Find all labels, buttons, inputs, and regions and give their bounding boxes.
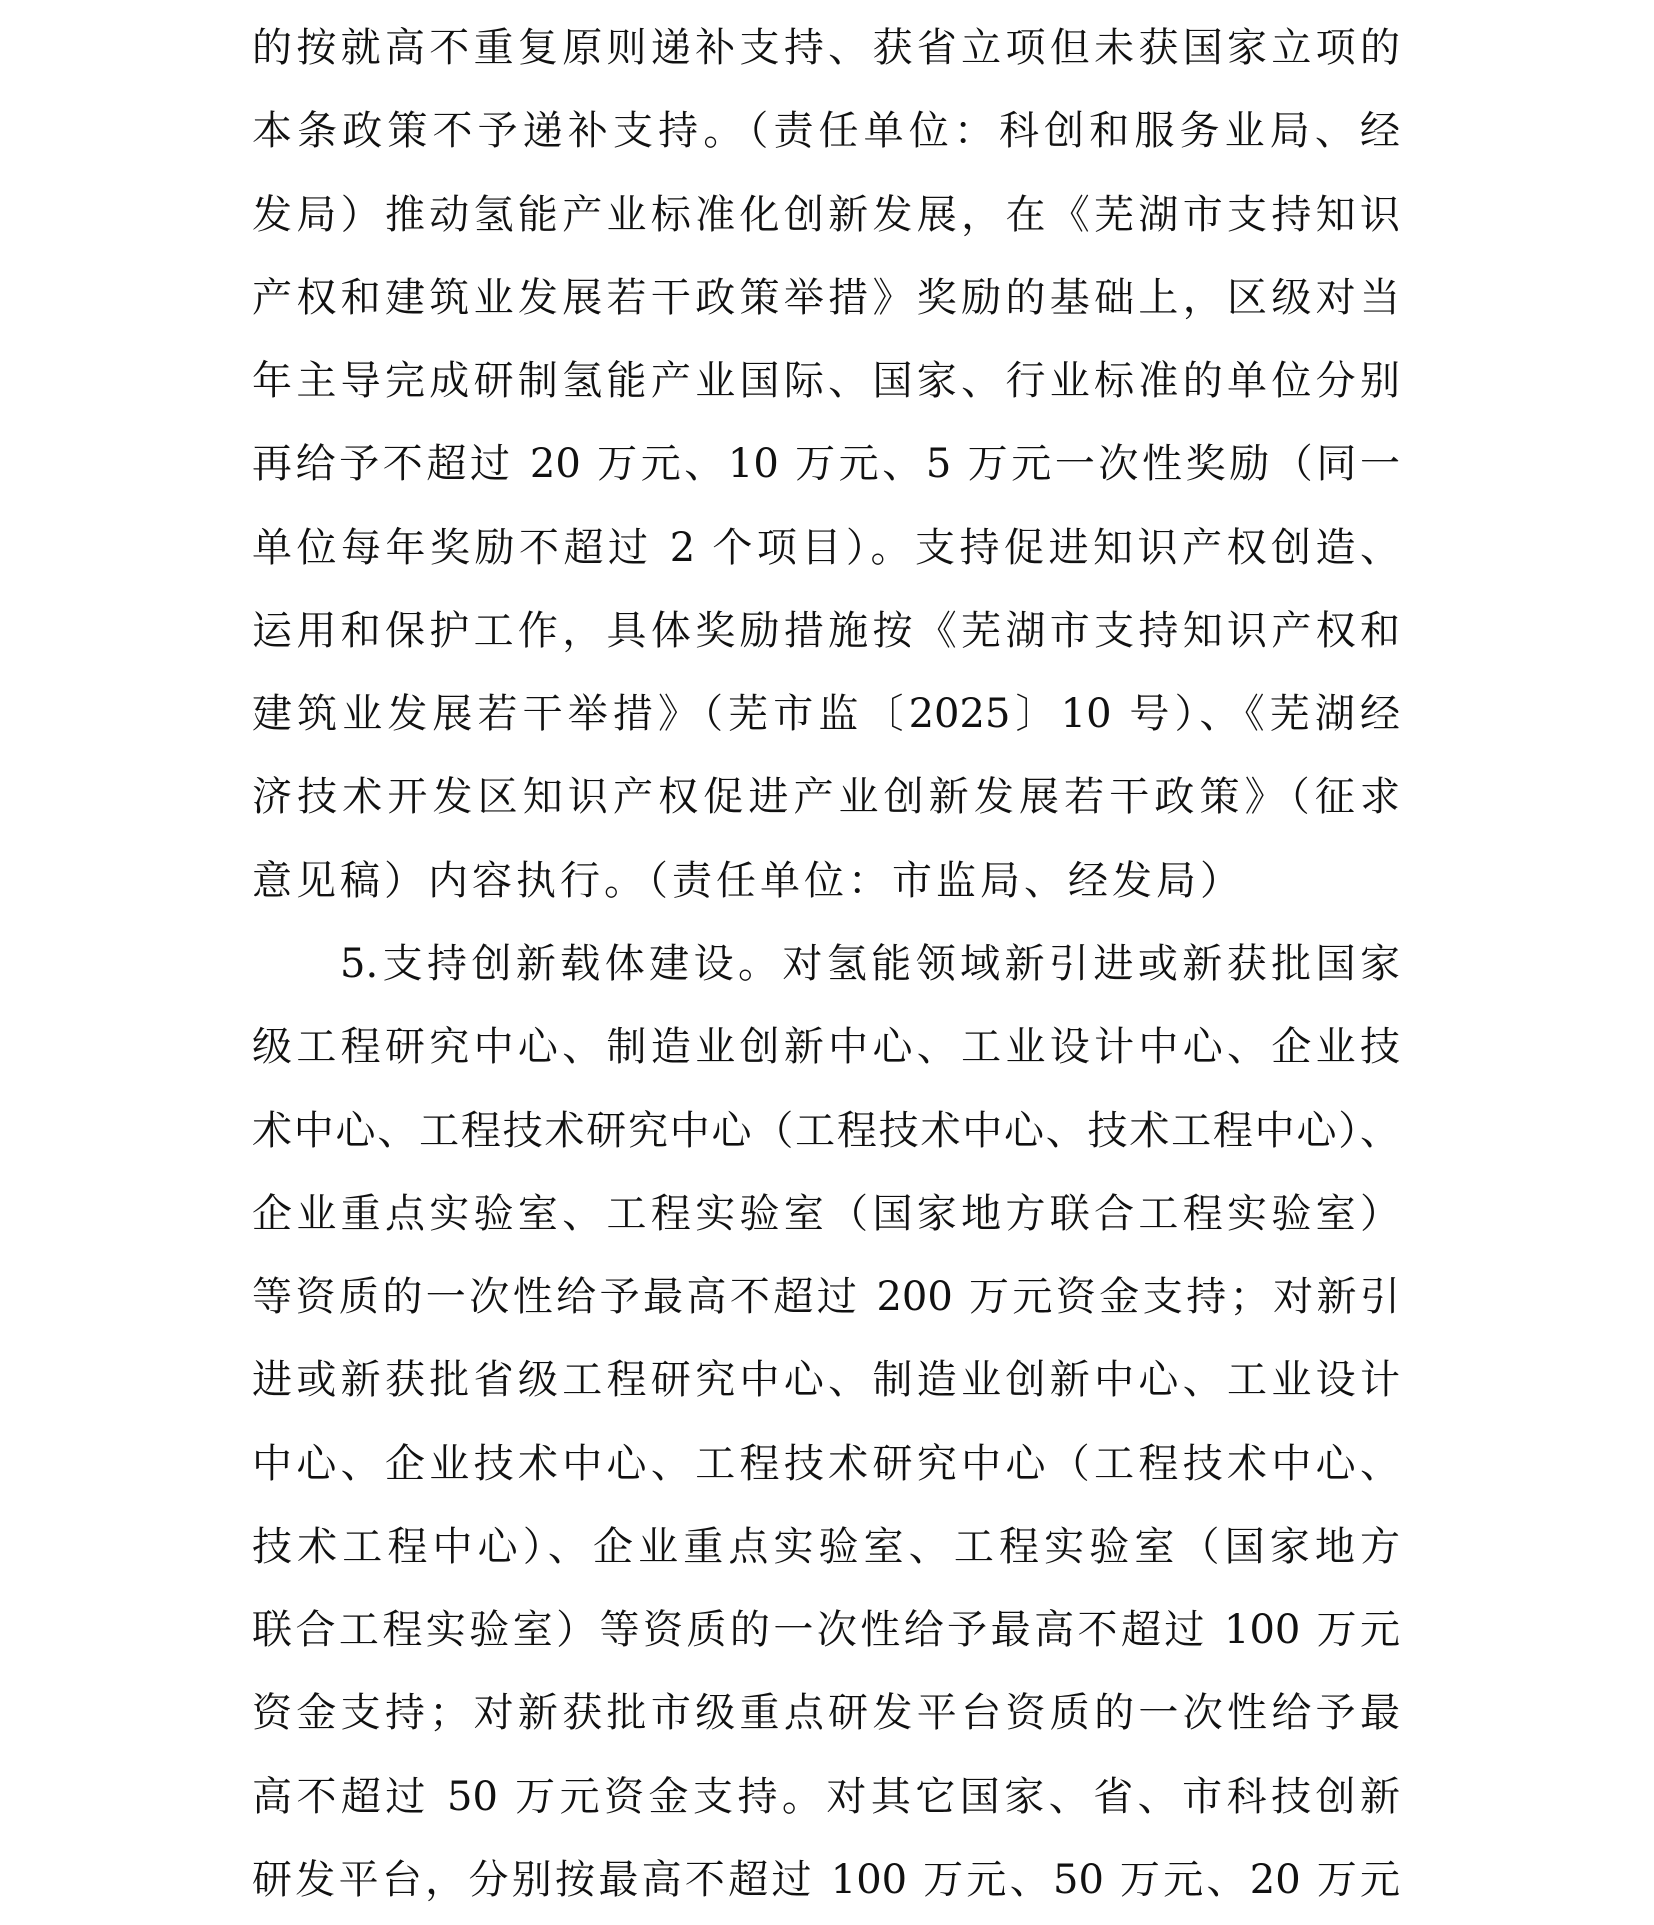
- text-line: 产权和建筑业发展若干政策举措》奖励的基础上，区级对当: [252, 268, 1400, 328]
- text-line: 联合工程实验室）等资质的一次性给予最高不超过 100 万元: [252, 1600, 1400, 1660]
- text-line: 发局）推动氢能产业标准化创新发展，在《芜湖市支持知识: [252, 185, 1400, 245]
- text-line: 技术工程中心）、企业重点实验室、工程实验室（国家地方: [252, 1517, 1400, 1577]
- document-page: 的按就高不重复原则递补支持、获省立项但未获国家立项的 本条政策不予递补支持。（责…: [0, 0, 1654, 1925]
- text-line: 运用和保护工作，具体奖励措施按《芜湖市支持知识产权和: [252, 601, 1400, 661]
- text-line: 中心、企业技术中心、工程技术研究中心（工程技术中心、: [252, 1434, 1400, 1494]
- text-line: 级工程研究中心、制造业创新中心、工业设计中心、企业技: [252, 1017, 1400, 1077]
- text-line: 单位每年奖励不超过 2 个项目）。支持促进知识产权创造、: [252, 518, 1400, 578]
- text-line: 的按就高不重复原则递补支持、获省立项但未获国家立项的: [252, 18, 1400, 78]
- text-line: 企业重点实验室、工程实验室（国家地方联合工程实验室）: [252, 1184, 1400, 1244]
- numbered-item-heading-line: 5.支持创新载体建设。对氢能领域新引进或新获批国家: [340, 934, 1400, 994]
- text-line: 进或新获批省级工程研究中心、制造业创新中心、工业设计: [252, 1350, 1400, 1410]
- text-line: 等资质的一次性给予最高不超过 200 万元资金支持；对新引: [252, 1267, 1400, 1327]
- text-line: 研发平台，分别按最高不超过 100 万元、50 万元、20 万元: [252, 1850, 1400, 1910]
- text-line: 术中心、工程技术研究中心（工程技术中心、技术工程中心）、: [252, 1101, 1400, 1161]
- text-line: 资金支持；对新获批市级重点研发平台资质的一次性给予最: [252, 1683, 1400, 1743]
- text-line: 济技术开发区知识产权促进产业创新发展若干政策》（征求: [252, 767, 1400, 827]
- text-line: 再给予不超过 20 万元、10 万元、5 万元一次性奖励（同一: [252, 434, 1400, 494]
- text-line: 本条政策不予递补支持。（责任单位：科创和服务业局、经: [252, 101, 1400, 161]
- text-line: 年主导完成研制氢能产业国际、国家、行业标准的单位分别: [252, 351, 1400, 411]
- text-line: 建筑业发展若干举措》（芜市监〔2025〕10 号）、《芜湖经: [252, 684, 1400, 744]
- text-line: 高不超过 50 万元资金支持。对其它国家、省、市科技创新: [252, 1767, 1400, 1827]
- text-line: 意见稿）内容执行。（责任单位：市监局、经发局）: [252, 851, 1400, 911]
